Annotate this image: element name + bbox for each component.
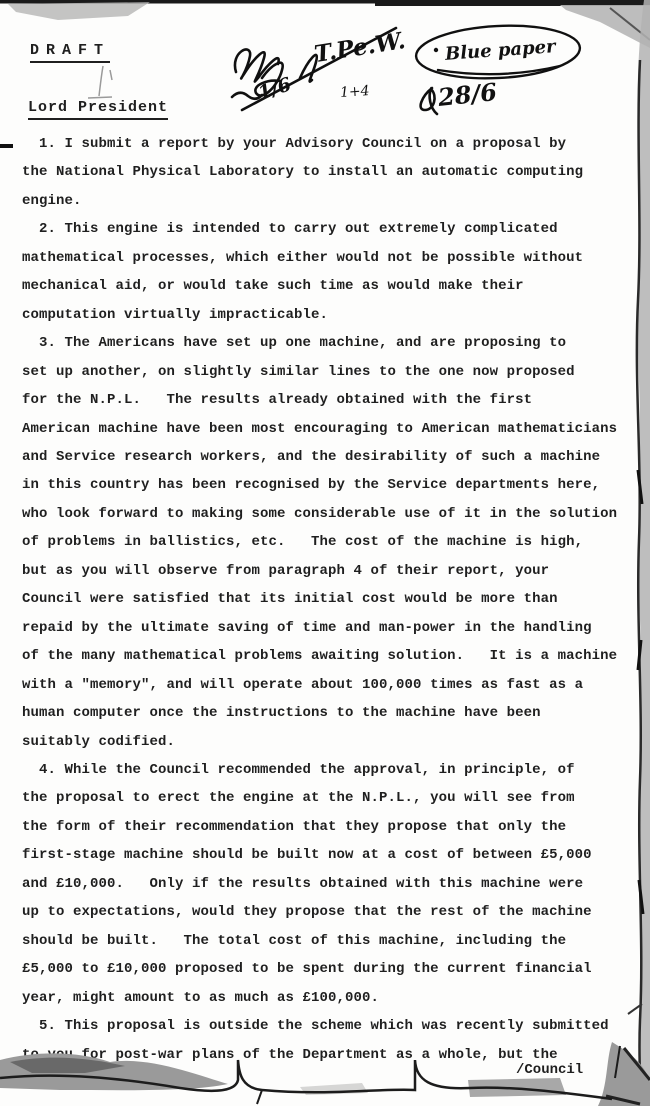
pencil-mark	[88, 66, 112, 98]
catchword: /Council	[516, 1062, 583, 1078]
paragraph-2: 2. This engine is intended to carry out …	[22, 215, 647, 329]
salutation-label: Lord President	[28, 99, 168, 120]
curl-mark	[421, 88, 437, 114]
draft-heading: DRAFT	[30, 42, 110, 63]
paragraph-3: 3. The Americans have set up one machine…	[22, 329, 647, 756]
handwritten-initials: T.Pe.W.	[312, 27, 407, 68]
salutation: Lord President	[28, 99, 168, 120]
left-margin-mark	[0, 144, 13, 148]
circled-date-annotation: 28/6	[437, 77, 499, 112]
document-body: 1. I submit a report by your Advisory Co…	[22, 130, 647, 1069]
handwritten-signature-date: 1/6	[255, 73, 294, 104]
paragraph-1: 1. I submit a report by your Advisory Co…	[22, 130, 647, 215]
paragraph-5: 5. This proposal is outside the scheme w…	[22, 1012, 647, 1069]
paragraph-4: 4. While the Council recommended the app…	[22, 756, 647, 1012]
blue-paper-annotation: Blue paper	[444, 36, 556, 65]
handwritten-fraction: 1+4	[339, 83, 370, 101]
document-page: DRAFT Lord President 1. I submit a repor…	[0, 0, 650, 1106]
draft-label: DRAFT	[30, 42, 110, 63]
